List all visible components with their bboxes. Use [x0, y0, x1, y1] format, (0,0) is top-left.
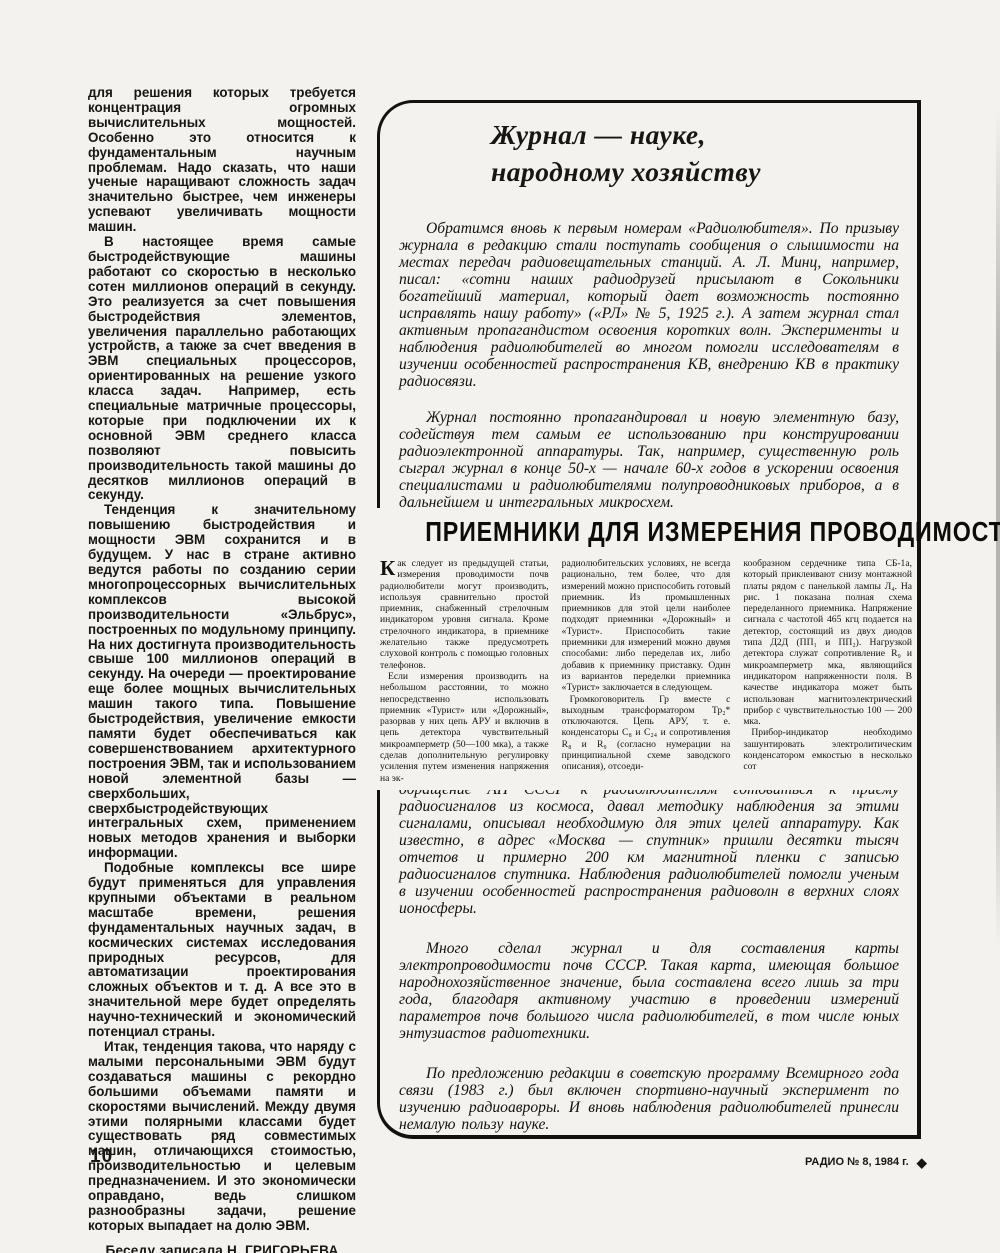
left-article-paragraph: для решения которых требуется концентрац… — [88, 86, 356, 235]
magazine-page: для решения которых требуется концентрац… — [0, 0, 1000, 1253]
receivers-paragraph: кообразном сердечнике типа СБ-1а, которы… — [743, 558, 912, 727]
receivers-paragraph-text: ак следует из предыдущей статьи, измерен… — [380, 558, 549, 671]
boxed-article-paragraph: По предложению редакции в советскую прог… — [399, 1065, 899, 1133]
journal-footer: РАДИО № 8, 1984 г. ◆ — [805, 1156, 935, 1168]
left-article-paragraph: Итак, тенденция такова, что наряду с мал… — [88, 1040, 356, 1234]
boxed-article-paragraph: Обратимся вновь к первым номерам «Радиол… — [399, 220, 899, 390]
journal-issue-label: РАДИО № 8, 1984 г. — [805, 1156, 909, 1168]
receivers-article-title: ПРИЕМНИКИ ДЛЯ ИЗМЕРЕНИЯ ПРОВОДИМОСТИ ПОЧ… — [425, 516, 867, 548]
receivers-paragraph: Как следует из предыдущей статьи, измере… — [380, 558, 549, 671]
boxed-article-paragraph: Журнал постоянно пропагандировал и новую… — [399, 409, 899, 511]
drop-cap: К — [380, 559, 395, 578]
page-number: 10 — [90, 1146, 113, 1168]
receivers-paragraph: Громкоговоритель Гр вместе с выходным тр… — [562, 694, 731, 773]
left-article-paragraph: Тенденция к значительному повышению быст… — [88, 503, 356, 861]
boxed-article-title-line2: народному хозяйству — [491, 153, 899, 190]
receivers-paragraph: Если измерения производить на небольшом … — [380, 671, 549, 784]
receivers-paragraph: Прибор-индикатор необходимо зашунтироват… — [743, 727, 912, 772]
boxed-article-title-line1: Журнал — науке, — [491, 116, 899, 153]
left-article-paragraph: В настоящее время самые быстродействующи… — [88, 235, 356, 503]
left-article-column: для решения которых требуется концентрац… — [88, 86, 356, 1253]
receivers-paragraph: радиолюбительских условиях, не всегда ра… — [562, 558, 731, 694]
receivers-article: ПРИЕМНИКИ ДЛЯ ИЗМЕРЕНИЯ ПРОВОДИМОСТИ ПОЧ… — [360, 508, 916, 790]
boxed-article-paragraph: Много сделал журнал и для составления ка… — [399, 940, 899, 1042]
diamond-icon: ◆ — [917, 1157, 927, 1168]
article-byline: Беседу записала Н. ГРИГОРЬЕВА — [88, 1244, 356, 1253]
boxed-article-title: Журнал — науке, народному хозяйству — [491, 116, 899, 190]
receivers-column-2: радиолюбительских условиях, не всегда ра… — [562, 558, 731, 784]
receivers-column-1: Как следует из предыдущей статьи, измере… — [380, 558, 549, 784]
receivers-column-3: кообразном сердечнике типа СБ-1а, которы… — [743, 558, 912, 784]
boxed-article-bottom: В преддверии запуска первого ИСЗ журнал … — [399, 764, 899, 1156]
boxed-article-top: Журнал — науке, народному хозяйству Обра… — [399, 116, 899, 530]
left-article-paragraph: Подобные комплексы все шире будут примен… — [88, 861, 356, 1040]
receivers-columns: Как следует из предыдущей статьи, измере… — [380, 558, 912, 784]
